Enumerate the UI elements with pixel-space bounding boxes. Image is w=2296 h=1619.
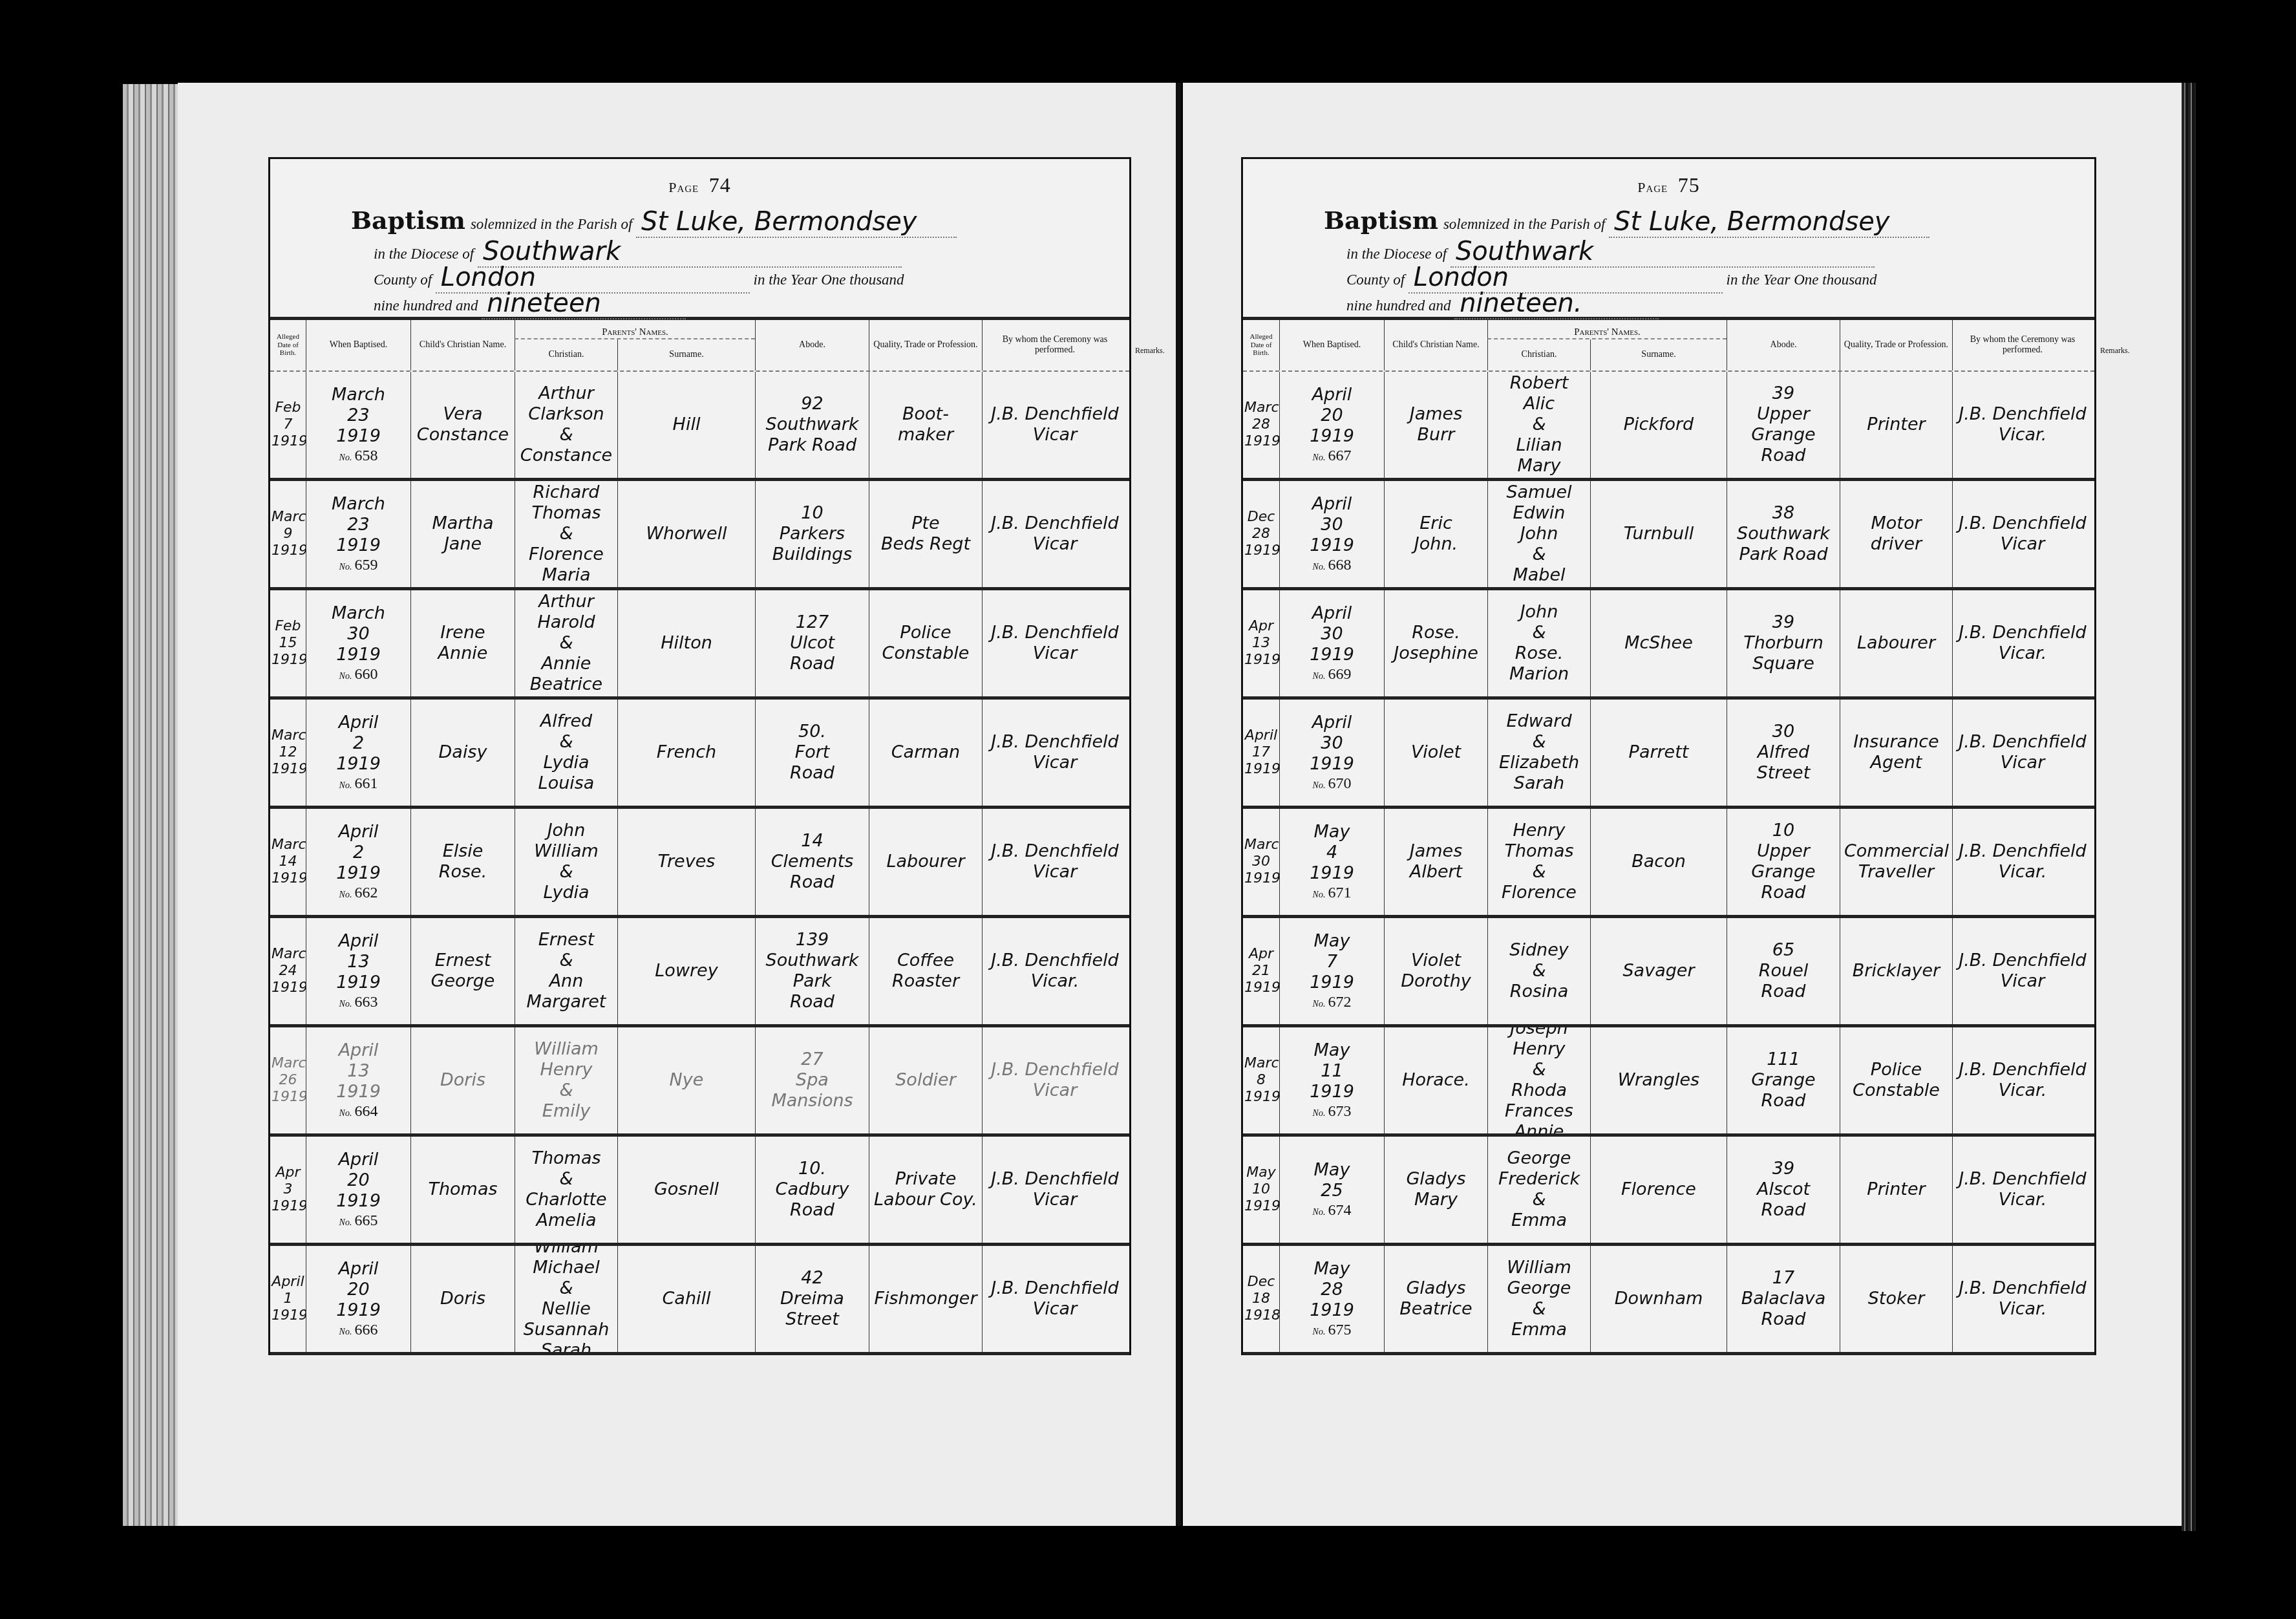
table-row: March81919May111919No.673Horace.JosephHe… [1243,1027,2094,1137]
cell-profession: PteBeds Regt [869,481,982,587]
entry-number: No.668 [1284,556,1380,574]
table-row: Dec281919April301919No.668EricJohn.Samue… [1243,481,2094,590]
cell-abode: 127UlcotRoad [755,590,869,696]
col-header-child-name: Child's Christian Name. [1384,320,1487,370]
col-header-dob: Alleged Date of Birth. [1243,320,1279,370]
cell-officiant: J.B. DenchfieldVicar. [1952,590,2092,696]
table-row: Apr211919May71919No.672VioletDorothySidn… [1243,918,2094,1027]
table-row: Apr131919April301919No.669Rose.Josephine… [1243,590,2094,700]
page-number: Page 74 [270,173,1129,197]
parish-line: Baptismsolemnized in the Parish of St Lu… [1324,206,1929,238]
cell-parents-christian: Sidney&Rosina [1487,918,1590,1024]
cell-parents-christian: ArthurHarold&AnnieBeatrice [515,590,617,696]
cell-abode: 39AlscotRoad [1727,1137,1840,1243]
table-row: Feb71919March231919No.658VeraConstanceAr… [270,372,1129,481]
cell-child: MarthaJane [410,481,515,587]
cell-surname: Hill [617,372,755,478]
cell-baptised: April301919No.669 [1279,590,1384,696]
column-headers: Alleged Date of Birth.When Baptised.Chil… [270,320,1129,372]
cell-parents-christian: Alfred&LydiaLouisa [515,700,617,806]
cell-baptised: April131919No.664 [306,1027,410,1133]
cell-dob: April11919 [270,1246,306,1352]
table-row: March121919April21919No.661DaisyAlfred&L… [270,700,1129,809]
cell-profession: InsuranceAgent [1840,700,1952,806]
col-header-parent-surname: Surname. [1590,339,1727,370]
cell-parents-christian: HenryThomas&Florence [1487,809,1590,915]
page-number-value: 75 [1678,173,1700,197]
table-row: March91919March231919No.659MarthaJaneRic… [270,481,1129,590]
cell-child: ErnestGeorge [410,918,515,1024]
register-type: Baptism [351,206,465,235]
table-row: March241919April131919No.663ErnestGeorge… [270,918,1129,1027]
cell-abode: 111GrangeRoad [1727,1027,1840,1133]
cell-baptised: May111919No.673 [1279,1027,1384,1133]
cell-dob: March141919 [270,809,306,915]
entries-table: Feb71919March231919No.658VeraConstanceAr… [270,372,1129,1355]
cell-dob: March241919 [270,918,306,1024]
cell-dob: March121919 [270,700,306,806]
cell-dob: March301919 [1243,809,1279,915]
cell-dob: Apr211919 [1243,918,1279,1024]
parish-value: St Luke, Bermondsey [1609,207,1929,238]
entry-number: No.675 [1284,1321,1380,1339]
cell-baptised: April201919No.665 [306,1137,410,1243]
cell-officiant: J.B. DenchfieldVicar. [1952,809,2092,915]
cell-child: IreneAnnie [410,590,515,696]
cell-baptised: May41919No.671 [1279,809,1384,915]
entries-table: March281919April201919No.667JamesBurrRob… [1243,372,2094,1355]
cell-baptised: March231919No.658 [306,372,410,478]
cell-child: Horace. [1384,1027,1487,1133]
table-row: Apr31919April201919No.665ThomasThomas&Ch… [270,1137,1129,1246]
cell-child: Daisy [410,700,515,806]
cell-child: Doris [410,1027,515,1133]
cell-officiant: J.B. DenchfieldVicar [1952,700,2092,806]
baptism-register-page-74: Page 74 Baptismsolemnized in the Parish … [268,157,1131,1355]
col-header-when-baptised: When Baptised. [306,320,410,370]
cell-parents-christian: WilliamHenry&Emily [515,1027,617,1133]
parish-line: Baptismsolemnized in the Parish of St Lu… [351,206,957,238]
cell-baptised: March301919No.660 [306,590,410,696]
cell-child: Rose.Josephine [1384,590,1487,696]
table-row: May101919May25No.674GladysMaryGeorgeFred… [1243,1137,2094,1246]
entry-number: No.661 [310,775,407,793]
cell-surname: Bacon [1590,809,1727,915]
book-page-edges [123,84,181,1526]
cell-abode: 139SouthwarkParkRoad [755,918,869,1024]
cell-parents-christian: WilliamMichael&NellieSusannahSarah [515,1246,617,1352]
cell-officiant: J.B. DenchfieldVicar [982,700,1127,806]
cell-parents-christian: GeorgeFrederick&Emma [1487,1137,1590,1243]
cell-baptised: April201919No.666 [306,1246,410,1352]
cell-dob: Apr131919 [1243,590,1279,696]
cell-abode: 39ThorburnSquare [1727,590,1840,696]
col-header-parents-names: Parents' Names. [1487,320,1727,339]
cell-surname: Nye [617,1027,755,1133]
entry-number: No.674 [1284,1201,1380,1219]
cell-abode: 92SouthwarkPark Road [755,372,869,478]
col-header-abode: Abode. [1727,320,1840,370]
cell-abode: 27SpaMansions [755,1027,869,1133]
cell-officiant: J.B. DenchfieldVicar [982,1027,1127,1133]
col-header-profession: Quality, Trade or Profession. [1840,320,1952,370]
cell-dob: March81919 [1243,1027,1279,1133]
cell-abode: 10UpperGrangeRoad [1727,809,1840,915]
cell-baptised: March231919No.659 [306,481,410,587]
cell-officiant: J.B. DenchfieldVicar. [1952,1027,2092,1133]
entry-number: No.659 [310,556,407,574]
cell-child: ElsieRose. [410,809,515,915]
cell-officiant: J.B. DenchfieldVicar [982,1246,1127,1352]
cell-abode: 65RouelRoad [1727,918,1840,1024]
cell-parents-christian: JohnWilliam&Lydia [515,809,617,915]
cell-officiant: J.B. DenchfieldVicar [1952,481,2092,587]
register-type: Baptism [1324,206,1438,235]
cell-dob: April171919 [1243,700,1279,806]
year-value: nineteen [482,288,686,319]
cell-baptised: May25No.674 [1279,1137,1384,1243]
cell-officiant: J.B. DenchfieldVicar. [1952,1137,2092,1243]
entry-number: No.672 [1284,993,1380,1011]
cell-officiant: J.B. DenchfieldVicar [982,1137,1127,1243]
cell-baptised: April131919No.663 [306,918,410,1024]
col-header-when-baptised: When Baptised. [1279,320,1384,370]
cell-surname: French [617,700,755,806]
cell-abode: 17BalaclavaRoad [1727,1246,1840,1352]
cell-child: Doris [410,1246,515,1352]
cell-abode: 14ClementsRoad [755,809,869,915]
cell-dob: Dec181918 [1243,1246,1279,1352]
cell-surname: Treves [617,809,755,915]
table-row: March261919April131919No.664DorisWilliam… [270,1027,1129,1137]
cell-child: VeraConstance [410,372,515,478]
cell-child: VioletDorothy [1384,918,1487,1024]
cell-child: GladysBeatrice [1384,1246,1487,1352]
year-value: nineteen. [1454,288,1659,319]
cell-surname: Gosnell [617,1137,755,1243]
cell-dob: Feb71919 [270,372,306,478]
cell-baptised: April201919No.667 [1279,372,1384,478]
entry-number: No.666 [310,1321,407,1339]
entry-number: No.669 [1284,665,1380,683]
entry-number: No.663 [310,993,407,1011]
book-spine [1176,83,1181,1526]
table-row: March301919May41919No.671JamesAlbertHenr… [1243,809,2094,918]
cell-dob: Dec281919 [1243,481,1279,587]
cell-parents-christian: Ernest&AnnMargaret [515,918,617,1024]
col-header-parent-christian: Christian. [515,339,617,370]
cell-surname: Savager [1590,918,1727,1024]
cell-surname: Turnbull [1590,481,1727,587]
col-header-abode: Abode. [755,320,869,370]
cell-parents-christian: Edward&ElizabethSarah [1487,700,1590,806]
baptism-register-page-75: Page 75 Baptismsolemnized in the Parish … [1241,157,2096,1355]
cell-dob: March261919 [270,1027,306,1133]
cell-profession: PrivateLabour Coy. [869,1137,982,1243]
cell-parents-christian: Thomas&CharlotteAmelia [515,1137,617,1243]
year-line: nine hundred and nineteen. [1346,288,1659,319]
table-row: March141919April21919No.662ElsieRose.Joh… [270,809,1129,918]
cell-profession: Labourer [1840,590,1952,696]
cell-surname: McShee [1590,590,1727,696]
entry-number: No.665 [310,1212,407,1230]
cell-officiant: J.B. DenchfieldVicar [1952,918,2092,1024]
col-header-parent-surname: Surname. [617,339,755,370]
col-header-parents-names: Parents' Names. [515,320,755,339]
table-row: April171919April301919No.670VioletEdward… [1243,700,2094,809]
cell-profession: Soldier [869,1027,982,1133]
cell-dob: Feb151919 [270,590,306,696]
cell-parents-christian: John&Rose.Marion [1487,590,1590,696]
cell-profession: Boot-maker [869,372,982,478]
cell-abode: 10.CadburyRoad [755,1137,869,1243]
cell-parents-christian: ArthurClarkson&Constance [515,372,617,478]
cell-baptised: April21919No.662 [306,809,410,915]
entry-number: No.670 [1284,775,1380,793]
cell-surname: Pickford [1590,372,1727,478]
cell-officiant: J.B. DenchfieldVicar. [1952,372,2092,478]
cell-profession: Carman [869,700,982,806]
entry-number: No.660 [310,665,407,683]
entry-number: No.662 [310,884,407,902]
page-number-value: 74 [709,173,731,197]
cell-officiant: J.B. DenchfieldVicar. [1952,1246,2092,1352]
cell-profession: Stoker [1840,1246,1952,1352]
cell-dob: May101919 [1243,1137,1279,1243]
cell-officiant: J.B. DenchfieldVicar [982,372,1127,478]
table-row: Feb151919March301919No.660IreneAnnieArth… [270,590,1129,700]
col-header-remarks: Remarks. [2100,346,2130,356]
cell-abode: 10ParkersBuildings [755,481,869,587]
col-header-remarks: Remarks. [1135,346,1165,356]
cell-abode: 30AlfredStreet [1727,700,1840,806]
cell-profession: Fishmonger [869,1246,982,1352]
register-header: Page 74 Baptismsolemnized in the Parish … [270,159,1129,320]
col-header-profession: Quality, Trade or Profession. [869,320,982,370]
cell-profession: PoliceConstable [1840,1027,1952,1133]
cell-abode: 42DreimaStreet [755,1246,869,1352]
cell-child: JamesAlbert [1384,809,1487,915]
cell-child: Violet [1384,700,1487,806]
cell-abode: 38SouthwarkPark Road [1727,481,1840,587]
year-line: nine hundred and nineteen [374,288,686,319]
register-header: Page 75 Baptismsolemnized in the Parish … [1243,159,2094,320]
entry-number: No.658 [310,447,407,465]
cell-child: EricJohn. [1384,481,1487,587]
page-number: Page 75 [1243,173,2094,197]
cell-profession: PoliceConstable [869,590,982,696]
col-header-parent-christian: Christian. [1487,339,1590,370]
cell-surname: Whorwell [617,481,755,587]
cell-profession: Printer [1840,1137,1952,1243]
parish-value: St Luke, Bermondsey [636,207,957,238]
book-cover-edge [2182,83,2196,1531]
column-headers: Alleged Date of Birth.When Baptised.Chil… [1243,320,2094,372]
entry-number: No.667 [1284,447,1380,465]
col-header-officiant: By whom the Ceremony was performed. [982,320,1127,370]
col-header-child-name: Child's Christian Name. [410,320,515,370]
cell-officiant: J.B. DenchfieldVicar [982,481,1127,587]
cell-baptised: April301919No.668 [1279,481,1384,587]
entry-number: No.673 [1284,1102,1380,1120]
cell-surname: Cahill [617,1246,755,1352]
table-row: March281919April201919No.667JamesBurrRob… [1243,372,2094,481]
cell-abode: 50.FortRoad [755,700,869,806]
cell-officiant: J.B. DenchfieldVicar [982,590,1127,696]
cell-baptised: April21919No.661 [306,700,410,806]
cell-surname: Lowrey [617,918,755,1024]
cell-surname: Hilton [617,590,755,696]
cell-surname: Parrett [1590,700,1727,806]
table-row: April11919April201919No.666DorisWilliamM… [270,1246,1129,1355]
cell-surname: Wrangles [1590,1027,1727,1133]
cell-profession: CommercialTraveller [1840,809,1952,915]
cell-dob: Apr31919 [270,1137,306,1243]
table-row: Dec181918May281919No.675GladysBeatriceWi… [1243,1246,2094,1355]
cell-parents-christian: RobertAlic&LilianMary [1487,372,1590,478]
cell-profession: Motordriver [1840,481,1952,587]
col-header-dob: Alleged Date of Birth. [270,320,306,370]
cell-parents-christian: RichardThomas&FlorenceMaria [515,481,617,587]
cell-officiant: J.B. DenchfieldVicar [982,809,1127,915]
cell-child: GladysMary [1384,1137,1487,1243]
cell-parents-christian: JosephHenry&RhodaFrancesAnnie [1487,1027,1590,1133]
cell-dob: March281919 [1243,372,1279,478]
entry-number: No.664 [310,1102,407,1120]
cell-profession: CoffeeRoaster [869,918,982,1024]
cell-dob: March91919 [270,481,306,587]
cell-surname: Downham [1590,1246,1727,1352]
cell-officiant: J.B. DenchfieldVicar. [982,918,1127,1024]
cell-baptised: May281919No.675 [1279,1246,1384,1352]
cell-child: Thomas [410,1137,515,1243]
cell-parents-christian: WilliamGeorge&Emma [1487,1246,1590,1352]
cell-profession: Printer [1840,372,1952,478]
cell-abode: 39UpperGrange Road [1727,372,1840,478]
cell-surname: Florence [1590,1137,1727,1243]
cell-child: JamesBurr [1384,372,1487,478]
cell-baptised: May71919No.672 [1279,918,1384,1024]
cell-parents-christian: SamuelEdwinJohn&Mabel [1487,481,1590,587]
entry-number: No.671 [1284,884,1380,902]
cell-profession: Bricklayer [1840,918,1952,1024]
cell-baptised: April301919No.670 [1279,700,1384,806]
col-header-officiant: By whom the Ceremony was performed. [1952,320,2092,370]
cell-profession: Labourer [869,809,982,915]
